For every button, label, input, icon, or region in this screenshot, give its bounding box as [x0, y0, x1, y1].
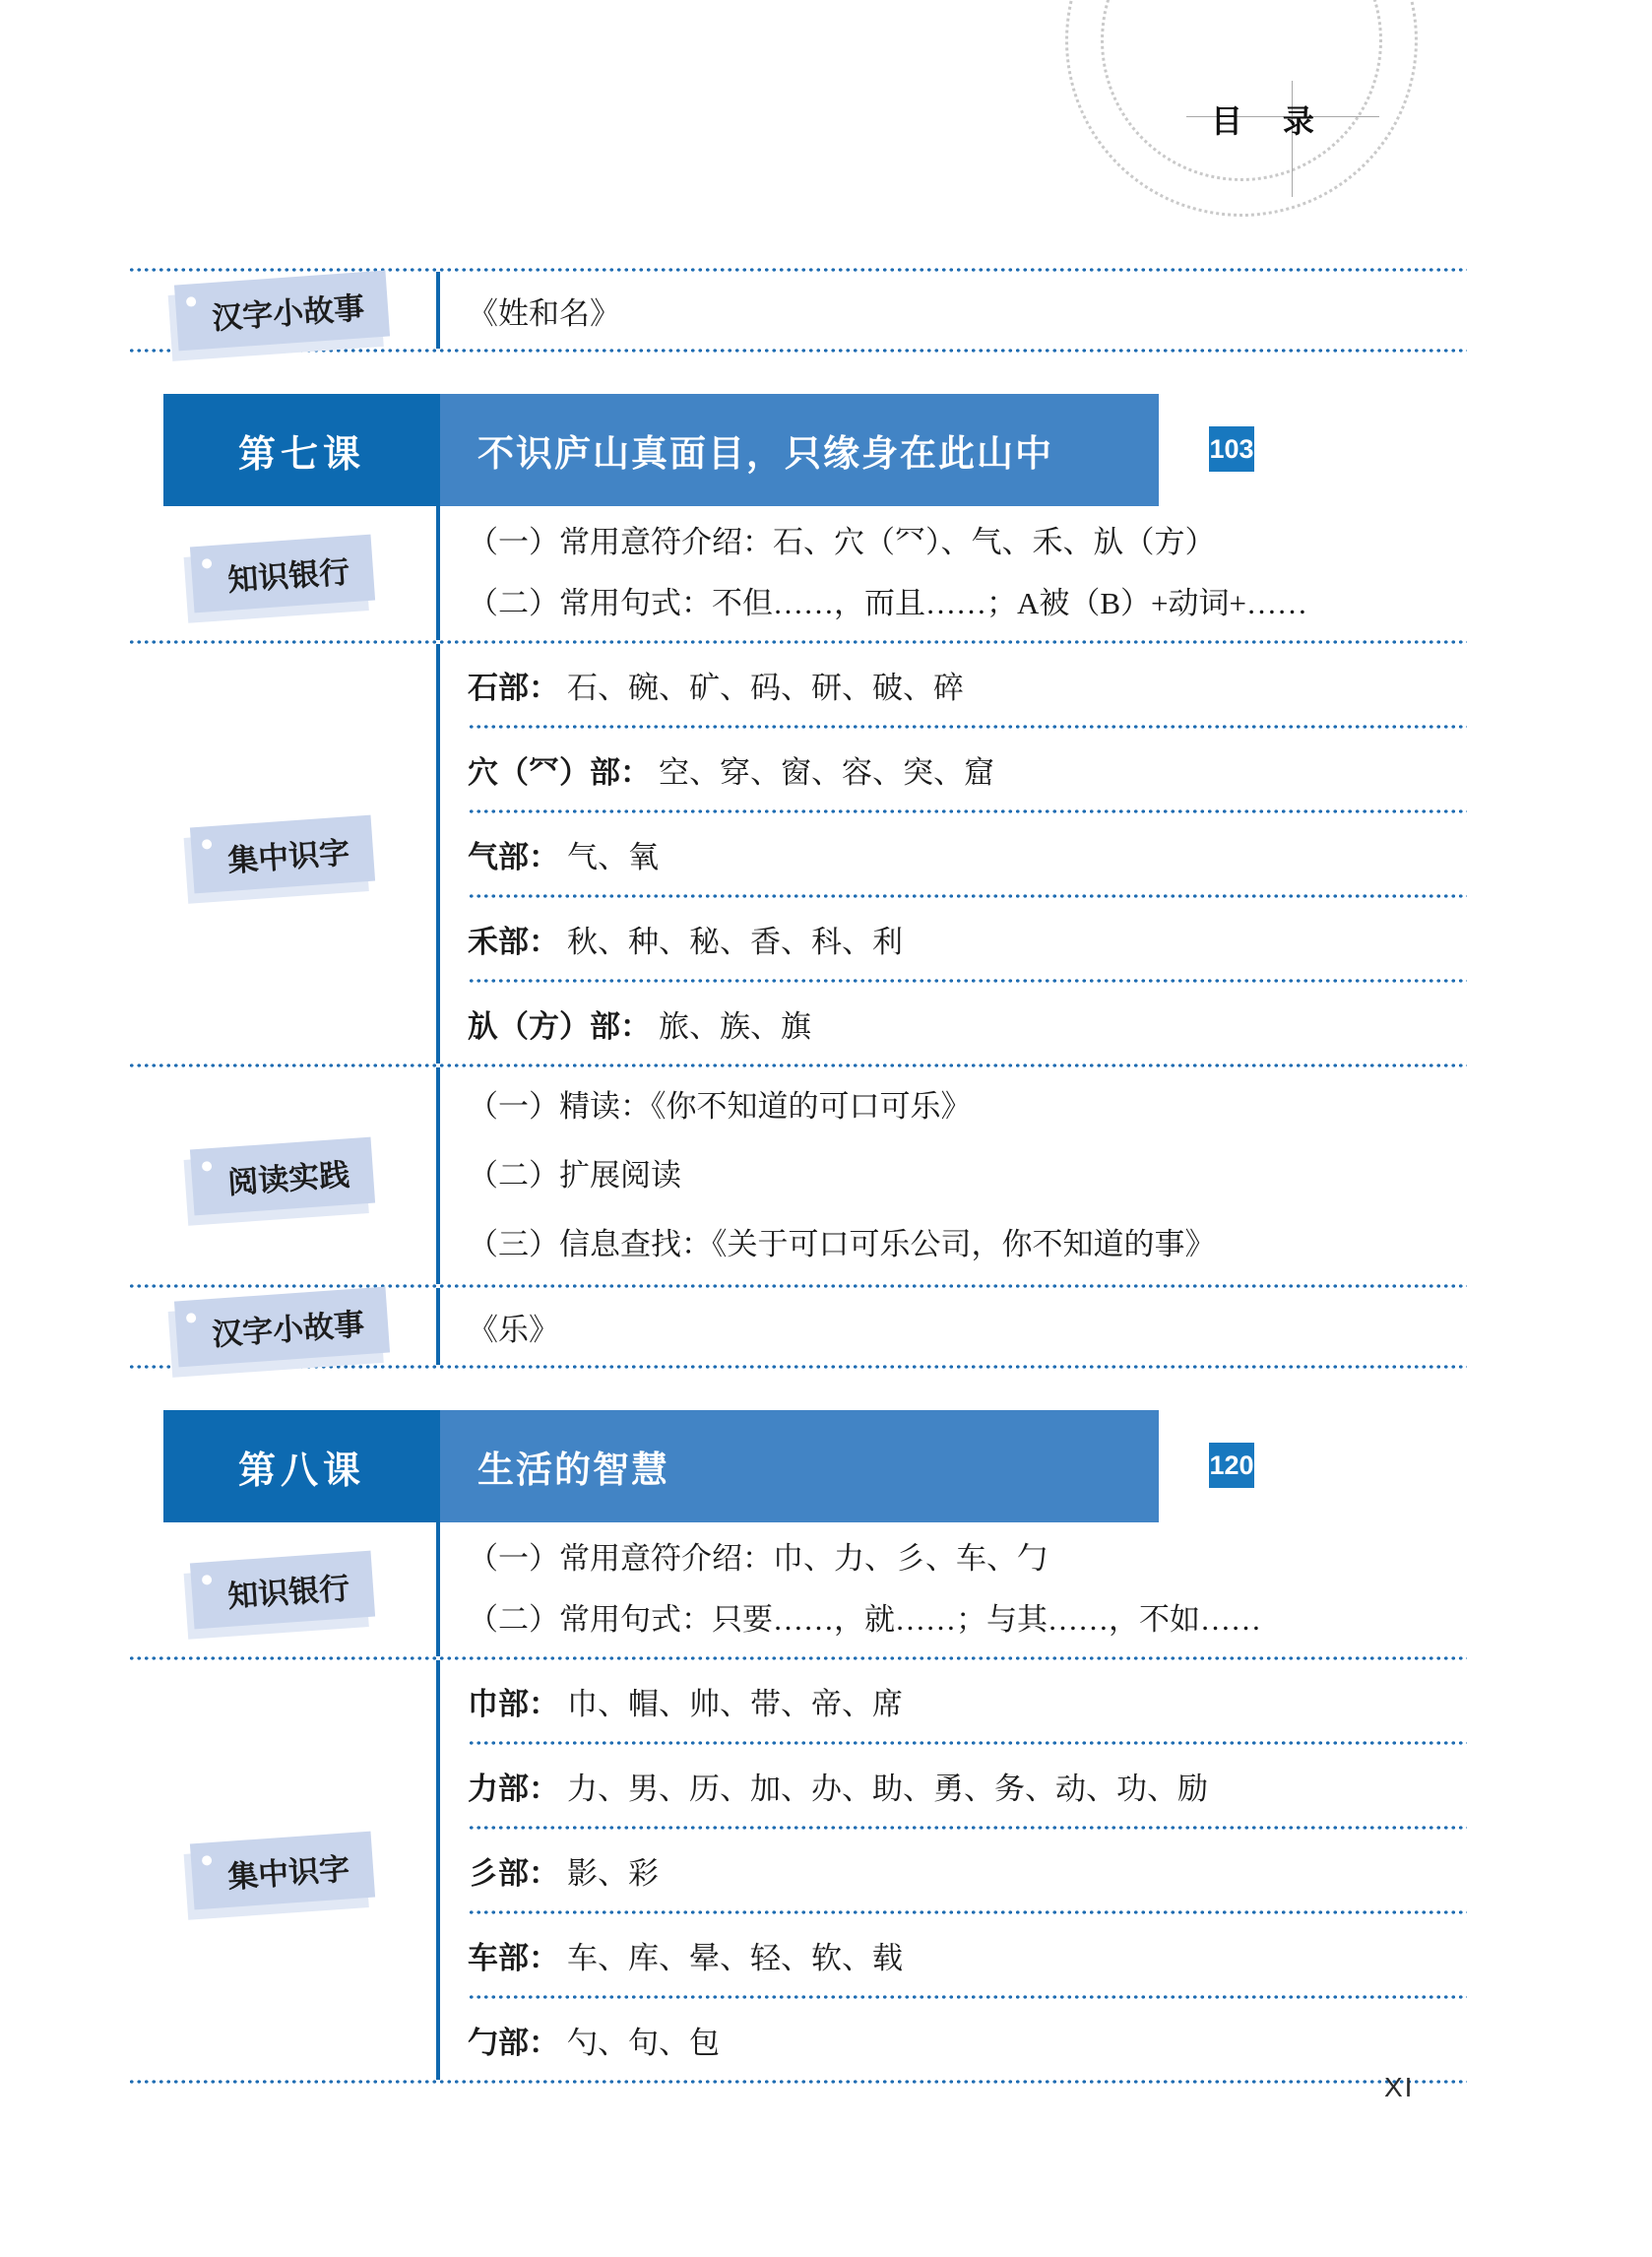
tag-label: 集中识字	[226, 1851, 350, 1895]
lesson7-number: 第七课	[163, 394, 440, 506]
pin-hole-icon	[186, 1313, 197, 1323]
divider-dotted-line	[128, 2080, 1467, 2084]
section-literacy-l7: 集中识字 石部：石、碗、矿、码、研、破、碎 穴（⺳）部：空、穿、窗、容、突、窟 …	[128, 644, 1467, 1064]
radical-row: 石部：石、碗、矿、码、研、破、碎	[468, 644, 1467, 725]
lesson8-page-badge: 120	[1209, 1443, 1254, 1488]
lesson8-title: 生活的智慧	[440, 1410, 1159, 1522]
dotted-circle-inner	[1101, 0, 1382, 181]
story-title-text: 《姓和名》	[468, 289, 620, 333]
radical-row: 气部：气、氧	[468, 813, 1467, 894]
section-body: （一）精读：《你不知道的可口可乐》 （二）扩展阅读 （三）信息查找：《关于可口可…	[436, 1067, 1467, 1284]
knowledge-line: （二）常用句式：只要……，就……；与其……，不如……	[468, 1589, 1467, 1650]
label-column: 知识银行	[128, 1522, 436, 1656]
radical-characters: 秋、种、秘、香、科、利	[567, 917, 903, 961]
radical-label: 㫃（方）部：	[468, 1001, 651, 1046]
lesson8-header: 第八课 生活的智慧 120	[163, 1410, 1467, 1522]
section-body: 巾部：巾、帽、帅、带、帝、席 力部：力、男、历、加、办、助、勇、务、动、功、励 …	[436, 1660, 1467, 2080]
tag-literacy: 集中识字	[189, 814, 374, 893]
tag-hanzi-story: 汉字小故事	[174, 1286, 390, 1367]
radical-row: 车部：车、库、晕、轻、软、载	[468, 1914, 1467, 1995]
knowledge-line: （二）常用句式：不但……，而且……；A被（B）+动词+……	[468, 573, 1467, 634]
pin-hole-icon	[201, 1855, 212, 1866]
dotted-circle-outer	[1065, 0, 1418, 217]
section-literacy-l8: 集中识字 巾部：巾、帽、帅、带、帝、席 力部：力、男、历、加、办、助、勇、务、动…	[128, 1660, 1467, 2080]
radical-characters: 空、穿、窗、容、突、窟	[659, 747, 994, 792]
section-knowledge-bank-l8: 知识银行 （一）常用意符介绍：巾、力、彡、车、勹 （二）常用句式：只要……，就……	[128, 1522, 1467, 1656]
radical-row: 㫃（方）部：旅、族、旗	[468, 983, 1467, 1064]
radical-label: 车部：	[468, 1933, 559, 1977]
crosshair-mark-vertical	[1292, 81, 1293, 197]
story-title-text: 《乐》	[468, 1305, 559, 1349]
radical-label: 力部：	[468, 1764, 559, 1808]
radical-label: 巾部：	[468, 1679, 559, 1723]
radical-row: 穴（⺳）部：空、穿、窗、容、突、窟	[468, 729, 1467, 809]
pin-hole-icon	[201, 1575, 212, 1585]
section-body: 《姓和名》	[436, 272, 1467, 349]
reading-line: （一）精读：《你不知道的可口可乐》	[468, 1072, 1467, 1141]
label-column: 集中识字	[128, 1660, 436, 2080]
tag-hanzi-story: 汉字小故事	[174, 270, 390, 351]
radical-label: 勹部：	[468, 2018, 559, 2062]
page-title: 目 录	[1211, 97, 1330, 142]
section-body: （一）常用意符介绍：巾、力、彡、车、勹 （二）常用句式：只要……，就……；与其……	[436, 1522, 1467, 1656]
tag-label: 汉字小故事	[211, 290, 365, 336]
radical-characters: 勺、句、包	[567, 2018, 720, 2062]
pin-hole-icon	[201, 1161, 212, 1172]
radical-row: 禾部：秋、种、秘、香、科、利	[468, 898, 1467, 979]
tag-literacy: 集中识字	[189, 1831, 374, 1909]
section-knowledge-bank-l7: 知识银行 （一）常用意符介绍：石、穴（⺳）、气、禾、㫃（方） （二）常用句式：不…	[128, 506, 1467, 640]
knowledge-line: （一）常用意符介绍：石、穴（⺳）、气、禾、㫃（方）	[468, 512, 1467, 573]
pin-hole-icon	[186, 296, 197, 307]
section-body: 《乐》	[436, 1288, 1467, 1365]
tag-label: 知识银行	[226, 1571, 350, 1614]
toc-content: 汉字小故事 《姓和名》 第七课 不识庐山真面目，只缘身在此山中 103 知识银行…	[128, 268, 1467, 2084]
crosshair-mark	[1186, 116, 1379, 117]
radical-label: 禾部：	[468, 917, 559, 961]
tag-label: 阅读实践	[226, 1157, 350, 1200]
radical-row: 勹部：勺、句、包	[468, 1999, 1467, 2080]
radical-label: 穴（⺳）部：	[468, 747, 651, 792]
reading-line: （三）信息查找：《关于可口可乐公司，你不知道的事》	[468, 1210, 1467, 1279]
page-number: XI	[1384, 2072, 1414, 2103]
lesson7-title: 不识庐山真面目，只缘身在此山中	[440, 394, 1159, 506]
section-hanzi-story-intro: 汉字小故事 《姓和名》	[128, 272, 1467, 349]
spacer	[128, 1369, 1467, 1410]
lesson7-header: 第七课 不识庐山真面目，只缘身在此山中 103	[163, 394, 1467, 506]
radical-characters: 车、库、晕、轻、软、载	[567, 1933, 903, 1977]
radical-row: 力部：力、男、历、加、办、助、勇、务、动、功、励	[468, 1745, 1467, 1826]
section-body: 石部：石、碗、矿、码、研、破、碎 穴（⺳）部：空、穿、窗、容、突、窟 气部：气、…	[436, 644, 1467, 1064]
label-column: 汉字小故事	[128, 272, 436, 349]
section-reading-practice-l7: 阅读实践 （一）精读：《你不知道的可口可乐》 （二）扩展阅读 （三）信息查找：《…	[128, 1067, 1467, 1284]
lesson8-number: 第八课	[163, 1410, 440, 1522]
label-column: 汉字小故事	[128, 1288, 436, 1365]
radical-characters: 巾、帽、帅、带、帝、席	[567, 1679, 903, 1723]
lesson7-page-badge: 103	[1209, 426, 1254, 472]
label-column: 知识银行	[128, 506, 436, 640]
tag-knowledge-bank: 知识银行	[189, 534, 374, 613]
pin-hole-icon	[201, 839, 212, 850]
section-body: （一）常用意符介绍：石、穴（⺳）、气、禾、㫃（方） （二）常用句式：不但……，而…	[436, 506, 1467, 640]
spacer	[128, 353, 1467, 394]
knowledge-line: （一）常用意符介绍：巾、力、彡、车、勹	[468, 1528, 1467, 1589]
tag-label: 集中识字	[226, 835, 350, 878]
radical-characters: 石、碗、矿、码、研、破、碎	[567, 663, 964, 707]
decorative-circles: 目 录	[0, 0, 1652, 256]
radical-characters: 旅、族、旗	[659, 1001, 811, 1046]
label-column: 集中识字	[128, 644, 436, 1064]
reading-line: （二）扩展阅读	[468, 1141, 1467, 1210]
section-hanzi-story-l7: 汉字小故事 《乐》	[128, 1288, 1467, 1365]
radical-characters: 力、男、历、加、办、助、勇、务、动、功、励	[567, 1764, 1208, 1808]
radical-label: 石部：	[468, 663, 559, 707]
label-column: 阅读实践	[128, 1067, 436, 1284]
pin-hole-icon	[201, 558, 212, 569]
radical-characters: 影、彩	[567, 1848, 659, 1893]
tag-label: 知识银行	[226, 554, 350, 598]
radical-label: 彡部：	[468, 1848, 559, 1893]
tag-label: 汉字小故事	[211, 1307, 365, 1352]
radical-row: 巾部：巾、帽、帅、带、帝、席	[468, 1660, 1467, 1741]
radical-characters: 气、氧	[567, 832, 659, 876]
tag-reading-practice: 阅读实践	[189, 1136, 374, 1215]
tag-knowledge-bank: 知识银行	[189, 1550, 374, 1629]
radical-label: 气部：	[468, 832, 559, 876]
toc-page: 目 录 汉字小故事 《姓和名》 第七课 不识庐山真面目，只缘身在此山中 103 …	[0, 0, 1652, 2257]
radical-row: 彡部：影、彩	[468, 1830, 1467, 1910]
